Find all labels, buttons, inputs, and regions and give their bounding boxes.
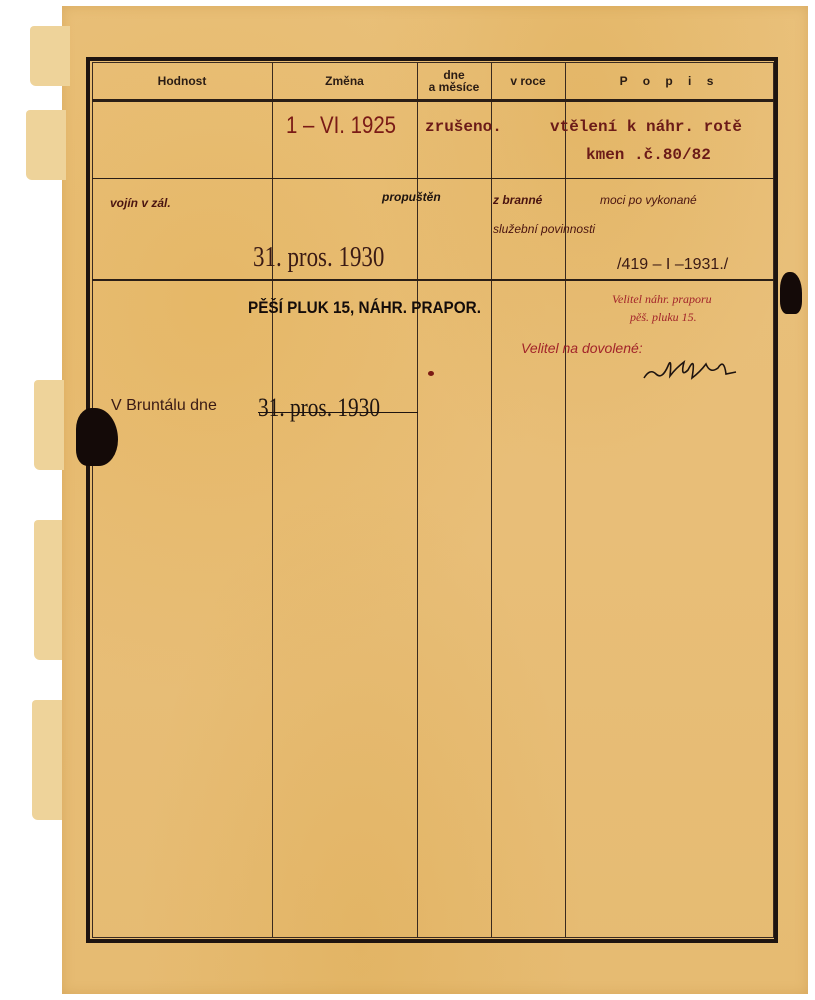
unit-stamp: PĚŠÍ PLUK 15, NÁHR. PRAPOR.: [248, 298, 481, 318]
commander-stamp-line2: pěš. pluku 15.: [630, 310, 697, 325]
row2-rank: vojín v zál.: [110, 196, 171, 210]
torn-edge: [34, 520, 62, 660]
torn-edge: [26, 110, 66, 180]
row2-desc-line2: služební povinnosti: [493, 222, 595, 236]
column-divider: [491, 62, 492, 938]
torn-edge: [34, 380, 64, 470]
row1-change: zrušeno.: [425, 118, 502, 136]
row-divider: [92, 178, 774, 179]
date-underline: [258, 412, 418, 413]
header-zmena: Změna: [272, 62, 417, 100]
row-divider: [92, 279, 774, 281]
row2-date: 31. pros. 1930: [253, 242, 384, 274]
row2-desc-a: z branné: [493, 193, 542, 207]
column-divider: [565, 62, 566, 938]
header-v-roce: v roce: [491, 62, 565, 100]
row2-reference: /419 – I –1931./: [617, 256, 728, 274]
torn-edge: [30, 26, 70, 86]
torn-edge: [32, 700, 62, 820]
leave-commander-stamp: Velitel na dovolené:: [521, 340, 643, 356]
place-date-prefix: V Bruntálu dne: [111, 397, 217, 415]
row2-desc-b: moci po vykonané: [600, 193, 697, 207]
header-hodnost: Hodnost: [92, 62, 272, 100]
place-date-value: 31. pros. 1930: [258, 393, 380, 423]
ink-blot: [780, 272, 802, 314]
header-dne-mesice: dne a měsíce: [417, 62, 491, 100]
ink-spot: [428, 371, 434, 376]
row1-description-line2: kmen .č.80/82: [586, 146, 711, 164]
commander-stamp-line1: Velitel náhr. praporu: [612, 292, 712, 307]
row1-date: 1 – VI. 1925: [286, 112, 396, 140]
row2-action: propuštěn: [382, 190, 441, 204]
row1-description-line1: vtělení k náhr. rotě: [550, 118, 742, 136]
header-popis: P o p i s: [565, 62, 774, 100]
signature: [640, 348, 770, 388]
column-divider: [272, 62, 273, 938]
